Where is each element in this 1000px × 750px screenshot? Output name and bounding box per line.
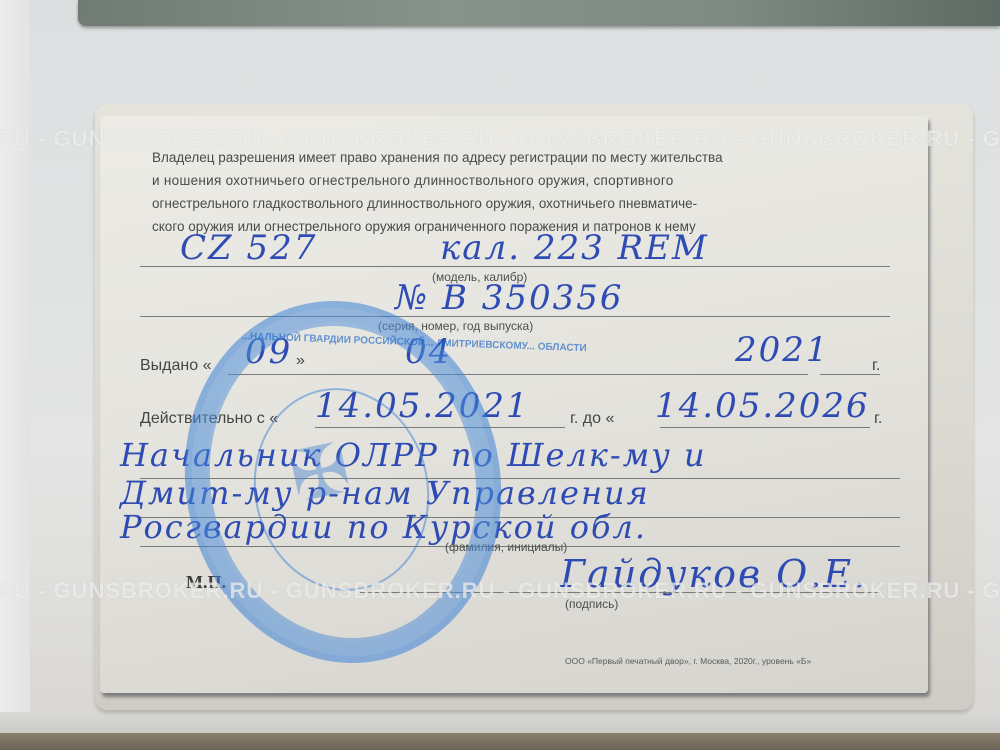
background-surface bbox=[0, 0, 30, 750]
rule-valid-to bbox=[660, 427, 870, 428]
watermark-top: .RU - GUNSBROKER.RU - GUNSBROKER.RU - GU… bbox=[0, 126, 1000, 152]
handwritten-model: CZ 527 bbox=[180, 228, 317, 268]
printer-footer: ООО «Первый печатный двор», г. Москва, 2… bbox=[565, 656, 811, 666]
handwritten-serial: № B 350356 bbox=[395, 278, 624, 318]
rule-serial bbox=[140, 316, 890, 317]
intro-line-3: огнестрельного гладкоствольного длинност… bbox=[152, 196, 697, 211]
rule-model bbox=[140, 266, 890, 267]
background-folder-edge bbox=[78, 0, 1000, 26]
label-issued-year-suffix: г. bbox=[872, 357, 880, 375]
intro-line-2: и ношения охотничьего огнестрельного дли… bbox=[152, 173, 674, 188]
label-valid-to: г. до « bbox=[570, 410, 614, 428]
label-valid-suffix: г. bbox=[874, 410, 882, 428]
watermark-bottom: .RU - GUNSBROKER.RU - GUNSBROKER.RU - GU… bbox=[0, 578, 1000, 604]
intro-line-1: Владелец разрешения имеет право хранения… bbox=[152, 150, 723, 165]
handwritten-valid-to: 14.05.2026 bbox=[655, 386, 870, 426]
handwritten-issued-year: 2021 bbox=[735, 330, 830, 370]
label-issued: Выдано « bbox=[140, 357, 211, 375]
rule-issued-year bbox=[820, 374, 880, 375]
background-floor bbox=[0, 733, 1000, 750]
handwritten-caliber: кал. 223 REM bbox=[440, 228, 709, 268]
